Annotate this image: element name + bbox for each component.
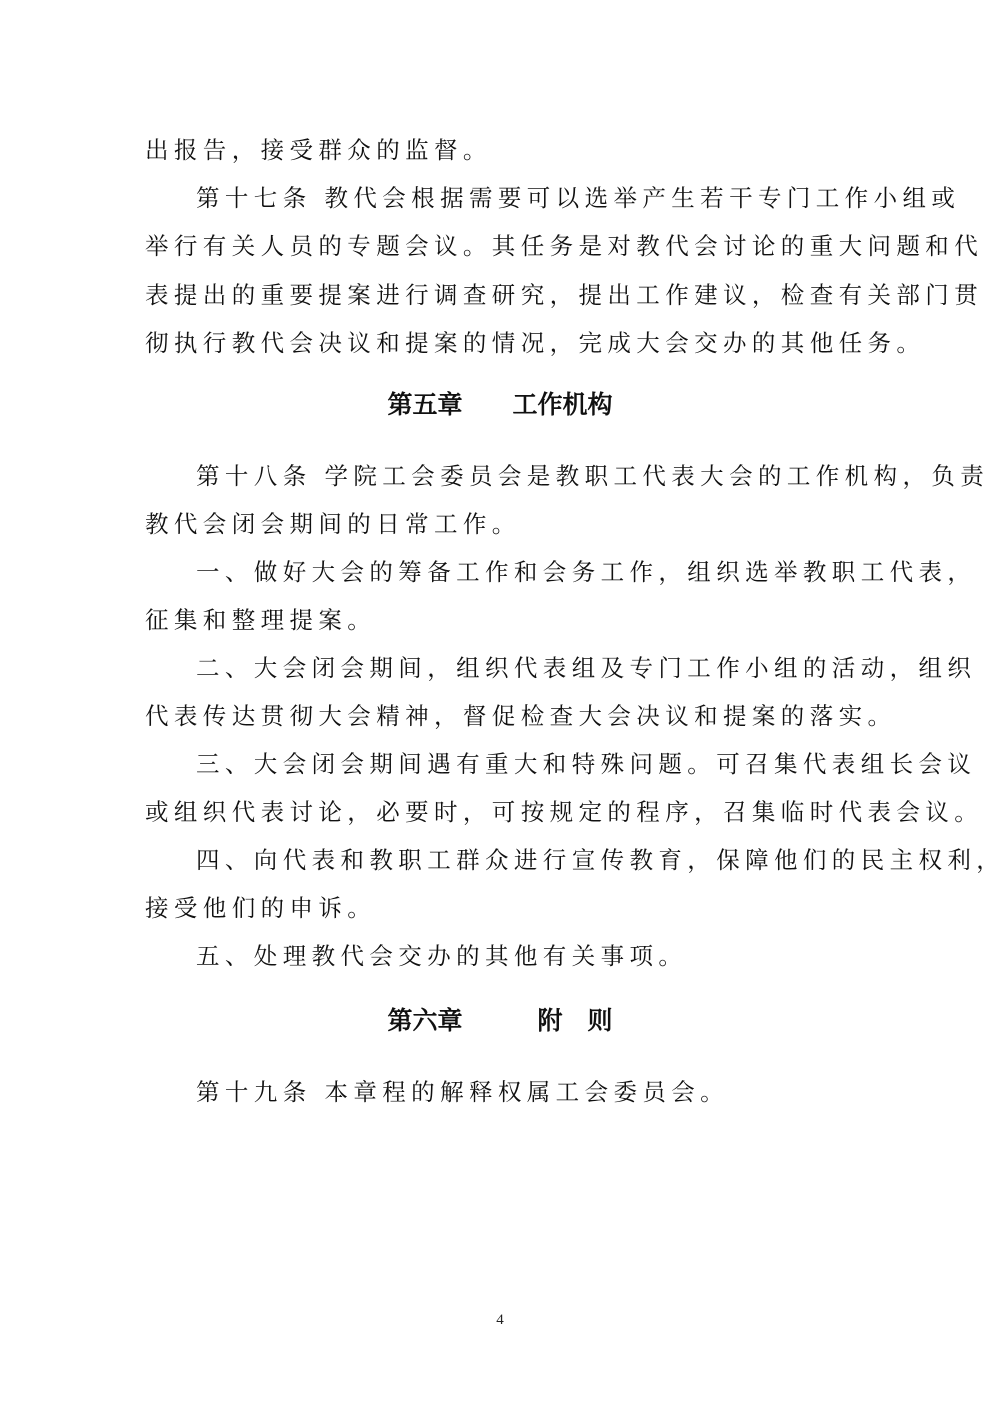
item-1-start: 一、做好大会的筹备工作和会务工作，组织选举教职工代表，: [196, 556, 936, 588]
article-17-start: 第十七条 教代会根据需要可以选举产生若干专门工作小组或: [196, 182, 936, 214]
text-line: 表提出的重要提案进行调查研究，提出工作建议，检查有关部门贯: [145, 279, 885, 311]
text-line: 教代会闭会期间的日常工作。: [145, 508, 885, 540]
text-line: 出报告，接受群众的监督。: [145, 134, 885, 166]
article-18-start: 第十八条 学院工会委员会是教职工代表大会的工作机构，负责: [196, 460, 936, 492]
text-line: 接受他们的申诉。: [145, 892, 885, 924]
item-5-start: 五、处理教代会交办的其他有关事项。: [196, 940, 936, 972]
text-line: 征集和整理提案。: [145, 604, 885, 636]
chapter-5-heading: 第五章 工作机构: [0, 388, 1000, 422]
text-line: 或组织代表讨论，必要时，可按规定的程序，召集临时代表会议。: [145, 796, 885, 828]
item-3-start: 三、大会闭会期间遇有重大和特殊问题。可召集代表组长会议: [196, 748, 936, 780]
article-19-start: 第十九条 本章程的解释权属工会委员会。: [196, 1076, 936, 1108]
text-line: 代表传达贯彻大会精神，督促检查大会决议和提案的落实。: [145, 700, 885, 732]
document-page: 出报告，接受群众的监督。 第十七条 教代会根据需要可以选举产生若干专门工作小组或…: [0, 0, 1000, 1414]
chapter-6-heading: 第六章 附 则: [0, 1004, 1000, 1038]
item-2-start: 二、大会闭会期间，组织代表组及专门工作小组的活动，组织: [196, 652, 936, 684]
text-line: 举行有关人员的专题会议。其任务是对教代会讨论的重大问题和代: [145, 230, 885, 262]
text-line: 彻执行教代会决议和提案的情况，完成大会交办的其他任务。: [145, 327, 885, 359]
item-4-start: 四、向代表和教职工群众进行宣传教育，保障他们的民主权利，: [196, 844, 936, 876]
page-number: 4: [0, 1312, 1000, 1329]
